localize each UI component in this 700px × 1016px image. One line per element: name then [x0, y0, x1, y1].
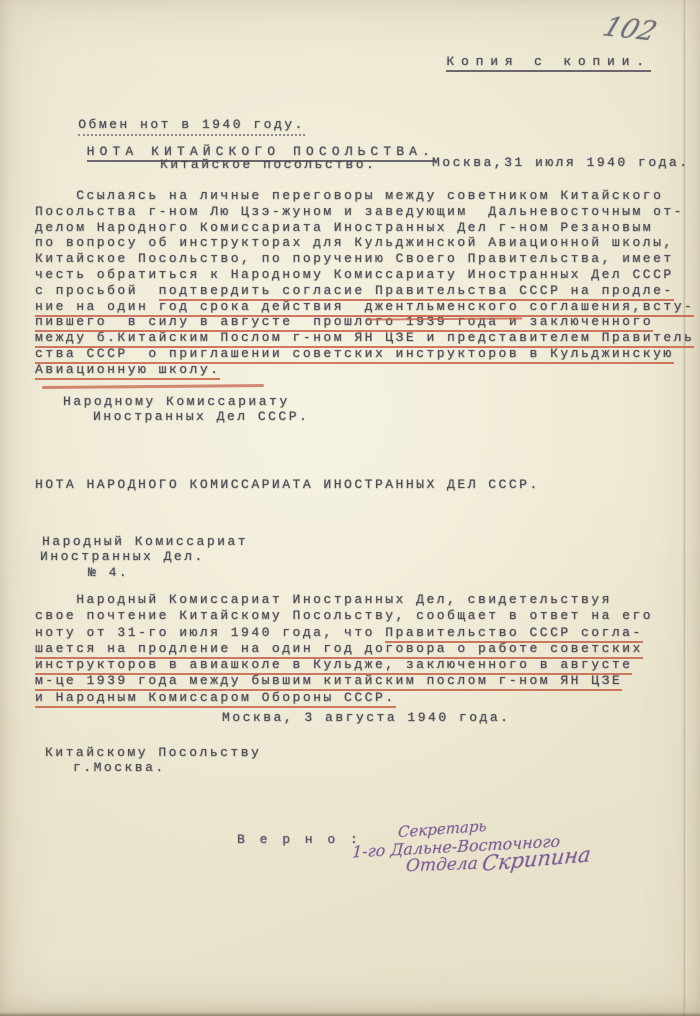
copy-note-text: Копия с копии. [446, 54, 650, 72]
text-line: Народный Комиссариат Иностранных Дел, св… [35, 592, 653, 608]
nota1-paragraph: Ссылаясь на личные переговоры между сове… [35, 188, 694, 378]
red-underlined-text: Авиационную школу. [35, 362, 220, 380]
text-line: по вопросу об инструкторах для Кульджинс… [35, 235, 694, 251]
text-line: Ссылаясь на личные переговоры между сове… [35, 188, 694, 204]
text-segment: Ссылаясь на личные переговоры между сове… [35, 188, 663, 203]
red-underlined-text: м-це 1939 года между бывшим китайским по… [35, 673, 622, 691]
nota2-sender-line1: Народный Комиссариат [42, 534, 248, 550]
nota2-title: НОТА НАРОДНОГО КОМИССАРИАТА ИНОСТРАННЫХ … [35, 477, 540, 493]
text-line: ства СССР о приглашении советских инстру… [35, 346, 694, 362]
red-underlined-text: джентльменского [365, 299, 520, 317]
text-line: с просьбой подтвердить согласие Правител… [35, 283, 694, 299]
document-page: 102 Копия с копии. Обмен нот в 1940 году… [0, 0, 700, 1016]
text-segment: с просьбой [35, 283, 159, 298]
text-line: свое почтение Китайскому Посольству, соо… [35, 608, 653, 624]
text-line: делом Народного Комиссариата Иностранных… [35, 220, 694, 236]
text-segment: Народный Комиссариат Иностранных Дел, св… [35, 592, 612, 607]
certified-true-label: В е р н о : [237, 832, 361, 848]
handwritten-title-line3: Отдела [405, 854, 478, 877]
text-segment: честь обратиться к Народному Комиссариат… [35, 267, 674, 282]
text-line: шается на продление на один год договора… [35, 641, 653, 657]
text-line: инструкторов в авиашколе в Кульдже, закл… [35, 657, 653, 673]
scan-edge [0, 1012, 700, 1016]
text-line: честь обратиться к Народному Комиссариат… [35, 267, 694, 283]
red-underlined-text: и Народным Комиссаром Обороны СССР. [35, 690, 396, 708]
nota1-date: Москва,31 июля 1940 года. [432, 155, 690, 171]
text-line: ноту от 31-го июля 1940 года, что Правит… [35, 625, 653, 641]
text-segment: Китайское Посольство, по поручению Своег… [35, 251, 674, 266]
red-underlined-text: Правительство СССР согла- [385, 625, 643, 643]
text-segment: делом Народного Комиссариата Иностранных… [35, 220, 653, 235]
red-underline-stroke [42, 384, 264, 388]
nota2-paragraph: Народный Комиссариат Иностранных Дел, св… [35, 592, 653, 706]
text-segment: свое почтение Китайскому Посольству, соо… [35, 608, 653, 623]
text-line: между б.Китайским Послом г-ном ЯН ЦЗЕ и … [35, 330, 694, 346]
nota2-date: Москва, 3 августа 1940 года. [222, 710, 510, 726]
text-segment: Посольства г-ном Лю Цзэ-жуном и заведующ… [35, 204, 684, 219]
nota1-sender: Китайское посольство. [160, 157, 376, 173]
copy-note: Копия с копии. [388, 38, 651, 85]
text-line: м-це 1939 года между бывшим китайским по… [35, 673, 653, 689]
text-segment: по вопросу об инструкторах для Кульджинс… [35, 235, 674, 250]
nota1-addressee-line1: Народному Комиссариату [63, 394, 290, 410]
nota2-sender-line2: Иностранных Дел. [40, 549, 205, 565]
text-line: и Народным Комиссаром Обороны СССР. [35, 690, 653, 706]
nota2-number: № 4. [88, 565, 129, 581]
nota2-addressee-line1: Китайскому Посольству [45, 745, 261, 761]
text-line: Китайское Посольство, по поручению Своег… [35, 251, 694, 267]
text-line: Авиационную школу. [35, 362, 694, 378]
nota2-addressee-line2: г.Москва. [73, 760, 166, 776]
nota1-addressee-line2: Иностранных Дел СССР. [93, 409, 309, 425]
paper-crease [683, 0, 686, 1016]
text-line: Посольства г-ном Лю Цзэ-жуном и заведующ… [35, 204, 694, 220]
text-line: ние на один год срока действия джентльме… [35, 299, 694, 315]
text-segment: ноту от 31-го июля 1940 года, что [35, 625, 385, 640]
red-underlined-text: шается на продление на один год договора… [35, 641, 643, 659]
